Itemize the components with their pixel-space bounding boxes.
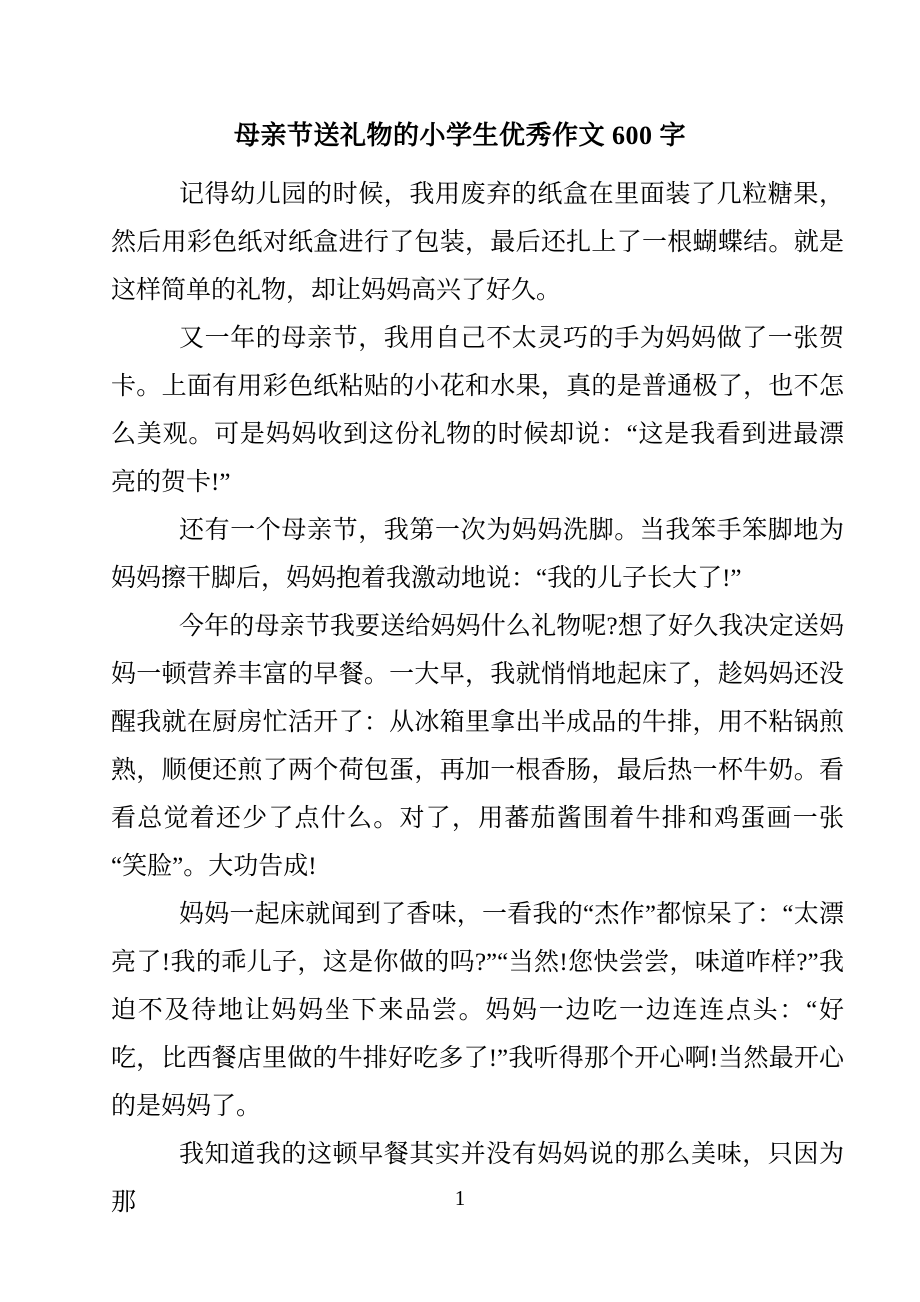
paragraph-3: 还有一个母亲节，我第一次为妈妈洗脚。当我笨手笨脚地为妈妈擦干脚后，妈妈抱着我激动…	[111, 507, 844, 603]
paragraph-2: 又一年的母亲节，我用自己不太灵巧的手为妈妈做了一张贺卡。上面有用彩色纸粘贴的小花…	[111, 315, 844, 507]
paragraph-6: 我知道我的这顿早餐其实并没有妈妈说的那么美味，只因为那	[111, 1131, 844, 1227]
paragraph-5: 妈妈一起床就闻到了香味，一看我的“杰作”都惊呆了：“太漂亮了!我的乖儿子，这是你…	[111, 891, 844, 1131]
paragraph-1: 记得幼儿园的时候，我用废弃的纸盒在里面装了几粒糖果，然后用彩色纸对纸盒进行了包装…	[111, 171, 844, 315]
document-title: 母亲节送礼物的小学生优秀作文 600 字	[0, 111, 920, 160]
paragraph-4: 今年的母亲节我要送给妈妈什么礼物呢?想了好久我决定送妈妈一顿营养丰富的早餐。一大…	[111, 603, 844, 891]
page-number: 1	[0, 1184, 920, 1212]
document-page: 母亲节送礼物的小学生优秀作文 600 字 记得幼儿园的时候，我用废弃的纸盒在里面…	[0, 0, 920, 1302]
document-body: 记得幼儿园的时候，我用废弃的纸盒在里面装了几粒糖果，然后用彩色纸对纸盒进行了包装…	[111, 171, 844, 1227]
